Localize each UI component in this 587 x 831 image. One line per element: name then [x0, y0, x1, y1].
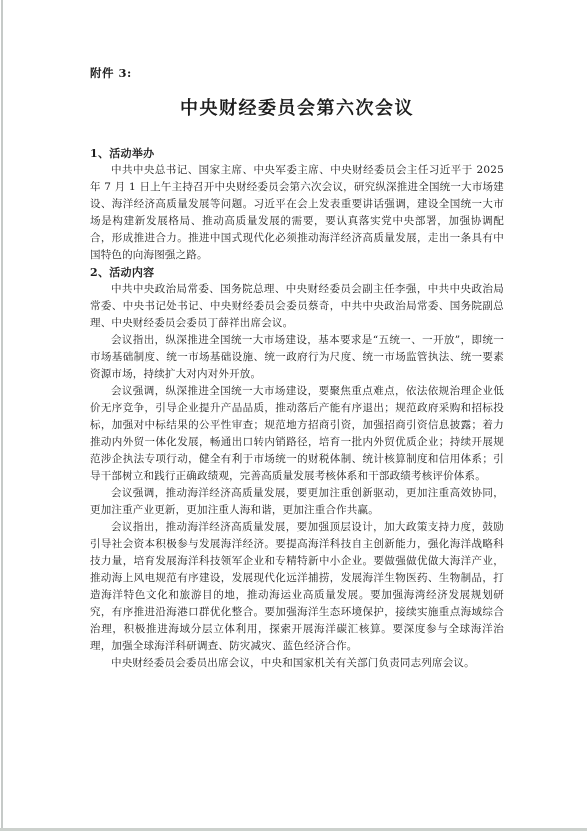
paragraph: 会议指出，纵深推进全国统一大市场建设，基本要求是“五统一、一开放”，即统一市场基… — [90, 332, 504, 383]
section-activity-held: 1、活动举办 中共中央总书记、国家主席、中央军委主席、中央财经委员会主任习近平于… — [90, 145, 504, 264]
document-page: 附件 3: 中央财经委员会第六次会议 1、活动举办 中共中央总书记、国家主席、中… — [0, 0, 587, 831]
attachment-label: 附件 3: — [90, 64, 504, 82]
paragraph: 中共中央总书记、国家主席、中央军委主席、中央财经委员会主任习近平于 2025 年… — [90, 162, 504, 264]
section-heading-2: 2、活动内容 — [90, 264, 504, 281]
page-left-edge — [1, 0, 3, 831]
paragraph: 会议强调，纵深推进全国统一大市场建设，要聚焦重点难点，依法依规治理企业低价无序竞… — [90, 383, 504, 485]
paragraph: 中央财经委员会委员出席会议，中央和国家机关有关部门负责同志列席会议。 — [90, 655, 504, 672]
section-activity-content: 2、活动内容 中共中央政治局常委、国务院总理、中央财经委员会副主任李强，中共中央… — [90, 264, 504, 672]
document-title: 中央财经委员会第六次会议 — [90, 96, 504, 121]
paragraph: 中共中央政治局常委、国务院总理、中央财经委员会副主任李强，中共中央政治局常委、中… — [90, 281, 504, 332]
paragraph: 会议指出，推动海洋经济高质量发展，要加强顶层设计，加大政策支持力度，鼓励引导社会… — [90, 519, 504, 655]
section-heading-1: 1、活动举办 — [90, 145, 504, 162]
paragraph: 会议强调，推动海洋经济高质量发展，要更加注重创新驱动，更加注重高效协同，更加注重… — [90, 485, 504, 519]
